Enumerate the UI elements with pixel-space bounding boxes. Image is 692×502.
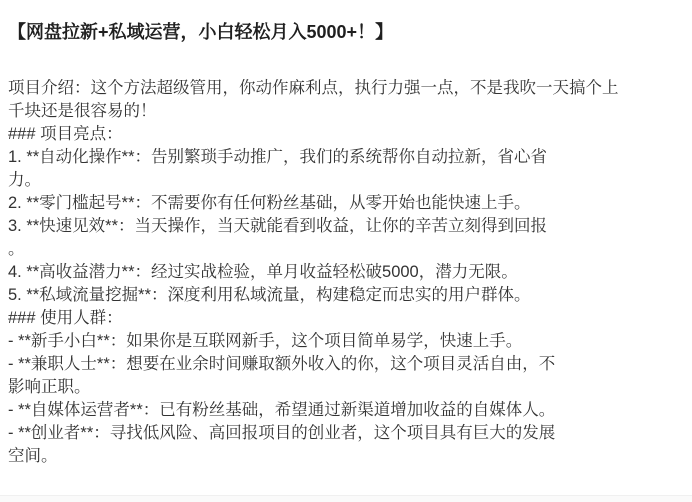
document-content: 【网盘拉新+私域运营，小白轻松月入5000+！】 项目介绍：这个方法超级管用，你… <box>8 20 682 468</box>
document-title: 【网盘拉新+私域运营，小白轻松月入5000+！】 <box>8 20 682 44</box>
bottom-divider <box>0 495 692 502</box>
document-body-text: 项目介绍：这个方法超级管用，你动作麻利点，执行力强一点，不是我吹一天搞个上 千块… <box>8 77 682 468</box>
document-page: 【网盘拉新+私域运营，小白轻松月入5000+！】 项目介绍：这个方法超级管用，你… <box>0 0 692 502</box>
